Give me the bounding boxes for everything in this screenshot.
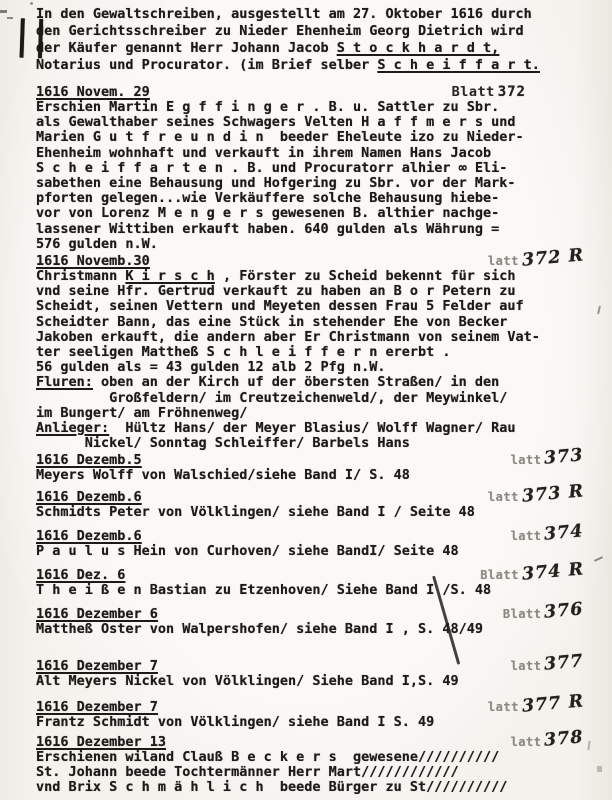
intro-paragraph: In den Gewaltschreiben, ausgestellt am 2… [36,6,612,74]
text-line: Erschienen wiland Clauß B e c k e r s ge… [36,750,612,765]
entry-date: 1616 Dezember 13 [36,734,166,750]
blatt-reference: Blatt372 [452,83,526,100]
entry-header: 1616 Dezemb.5 latt373 [36,451,612,468]
register-entry: 1616 Dezember 13 latt378 Erschienen wila… [36,733,612,796]
text-segment: vnd seine Hfr. Gertrud verkauft zu haben… [36,283,516,299]
scan-artifact [7,17,13,19]
text-line: den Gerichtsschreiber zu Nieder Ehenheim… [36,23,612,40]
text-segment: Alt Meyers Nickel von Völklingen/ Siehe … [36,673,459,689]
text-segment: 576 gulden n.W. [36,236,158,252]
text-line: Alt Meyers Nickel von Völklingen/ Siehe … [36,674,612,689]
text-line: Notarius und Procurator. (im Brief selbe… [36,57,612,74]
text-line: Anlieger: Hültz Hans/ der Meyer Blasius/… [36,421,612,436]
register-entry: 1616 Novemb.30 latt372 R Christmann K i … [36,252,612,451]
underlined-name: S t o c k h a r d t, [337,40,500,56]
blatt-label: latt [511,735,542,749]
blatt-reference: latt377 R [488,698,584,715]
entry-date: 1616 Novemb.30 [36,253,150,269]
text-line: Marien G u t f r e u n d i n beeder Ehel… [36,130,612,145]
entry-date: 1616 Dezemb.6 [36,489,142,505]
blatt-label: latt [488,254,519,268]
text-segment: T h e i ß e n Bastian zu Etzenhoven/ Sie… [36,582,491,598]
text-line: Ehenheim wohnhaft und verkauft in ihrem … [36,146,612,161]
blatt-number: 378 [544,729,585,748]
text-line: ter seeligen Mattheß S c h l e i f f e r… [36,345,612,360]
blatt-reference: latt372 R [488,252,584,269]
entry-header: 1616 Dezemb.6 latt374 [36,527,612,544]
entry-header: 1616 Dezember 6 Blatt376 [36,605,612,622]
text-line: lassener Wittiben erkauft haben. 640 gul… [36,222,612,237]
text-segment: den Gerichtsschreiber zu Nieder Ehenheim… [36,23,524,39]
blatt-number: 374 R [521,561,584,582]
blatt-number: 373 R [521,483,584,504]
underlined-name: K i r s c h [125,268,214,284]
text-segment: In den Gewaltschreiben, ausgestellt am 2… [36,6,532,22]
text-line: Frantz Schmidt von Völklingen/ siehe Ban… [36,715,612,730]
text-segment: der Käufer genannt Herr Johann Jacob [36,40,337,56]
text-segment: Jakoben erkauft, die andern aber Er Chri… [36,329,540,345]
text-line: S c h e i f f a r t e n . B. und Procura… [36,161,612,176]
text-segment: Notarius und Procurator. (im Brief selbe… [36,57,377,73]
blatt-reference: latt373 R [488,488,584,505]
entry-date: 1616 Dezemb.6 [36,528,142,544]
text-segment: lassener Wittiben erkauft haben. 640 gul… [36,221,499,237]
text-segment: Frantz Schmidt von Völklingen/ siehe Ban… [36,714,434,730]
blatt-number: 376 [544,602,585,621]
text-segment: , Förster zu Scheid bekennt für sich [215,268,516,284]
text-segment: S c h e i f f a r t e n . B. und Procura… [36,160,507,176]
text-segment: P a u l u s Hein von Curhoven/ siehe Ban… [36,543,459,559]
text-line: Großfeldern/ im Creutzeichenweld/, der M… [36,391,612,406]
scan-artifact [30,2,33,5]
text-segment: ter seeligen Mattheß S c h l e i f f e r… [36,344,451,360]
entry-header: 1616 Dezember 7 latt377 R [36,698,612,715]
text-segment: Hültz Hans/ der Meyer Blasius/ Wolff Wag… [109,420,515,436]
entry-date: 1616 Novem. 29 [36,84,150,100]
entry-header: 1616 Dezember 7 latt377 [36,657,612,674]
fluren-label: Fluren: [36,374,93,390]
entry-header: 1616 Dezember 13 latt378 [36,733,612,750]
blatt-label: latt [511,453,542,467]
blatt-label: Blatt [480,568,519,582]
blatt-reference: latt378 [511,733,584,750]
text-line: Fluren: oben an der Kirch uf der öberste… [36,375,612,390]
text-segment: Christmann [36,268,125,284]
blatt-number: 372 R [521,247,584,268]
blatt-reference: latt373 [511,451,584,468]
register-entry: 1616 Dezember 7 latt377 R Frantz Schmidt… [36,698,612,730]
text-line: P a u l u s Hein von Curhoven/ siehe Ban… [36,544,612,559]
entry-date: 1616 Dezember 6 [36,606,158,622]
blatt-label: latt [511,659,542,673]
register-entry: 1616 Dezemb.5 latt373 Meyers Wolff von W… [36,451,612,483]
blatt-number: 373 [544,448,585,467]
text-line: vnd Brix S c h m ä h l i c h beede Bürge… [36,780,612,795]
entry-date: 1616 Dezember 7 [36,699,158,715]
blatt-label: latt [511,529,542,543]
text-line: Scheidt, seinen Vettern und Meyeten dess… [36,299,612,314]
text-segment: vnd Brix S c h m ä h l i c h beede Bürge… [36,779,507,795]
entry-header: 1616 Dezemb.6 latt373 R [36,488,612,505]
register-entry: 1616 Novem. 29 Blatt372 Erschien Martin … [36,83,612,252]
text-segment: St. Johann beede Tochtermänner Herr Mart… [36,764,459,780]
text-segment: Großfeldern/ im Creutzeichenweld/, der M… [36,390,507,406]
text-line: Jakoben erkauft, die andern aber Er Chri… [36,330,612,345]
entry-date: 1616 Dez. 6 [36,567,125,583]
text-line: Scheidter Bann, das eine Stück in stehen… [36,315,612,330]
text-segment: 56 gulden als = 43 gulden 12 alb 2 Pfg n… [36,359,386,375]
text-line: sabethen eine Behausung und Hofgering zu… [36,176,612,191]
blatt-reference: Blatt376 [503,605,584,622]
text-line: Mattheß Oster von Walpershofen/ siehe Ba… [36,622,612,637]
blatt-reference: Blatt374 R [480,566,584,583]
text-segment: Mattheß Oster von Walpershofen/ siehe Ba… [36,621,483,637]
entry-header: 1616 Novem. 29 Blatt372 [36,83,612,100]
text-line: Christmann K i r s c h , Förster zu Sche… [36,269,612,284]
underlined-name: S c h e i f f a r t. [377,57,540,73]
text-segment: vor von Lorenz M e n g e r s gewesenen B… [36,205,499,221]
text-line: Schmidts Peter von Völklingen/ siehe Ban… [36,505,612,520]
text-segment: pforten gelegen...wie Verkäuffere solche… [36,190,499,206]
register-entry: 1616 Dezemb.6 latt373 R Schmidts Peter v… [36,488,612,520]
text-line: Nickel/ Sonntag Schleiffer/ Barbels Hans [36,436,612,451]
blatt-label: Blatt [452,84,495,100]
scan-artifact [597,766,602,772]
register-entry: 1616 Dez. 6 Blatt374 R T h e i ß e n Bas… [36,566,612,598]
text-segment: Meyers Wolff von Walschied/siehe Band I/… [36,467,410,483]
text-segment: Scheidt, seinen Vettern und Meyeten dess… [36,298,524,314]
scanned-document-page: || In den Gewaltschreiben, ausgestellt a… [0,0,612,800]
document-content: In den Gewaltschreiben, ausgestellt am 2… [36,6,612,796]
blatt-label: Blatt [503,607,542,621]
register-entry: 1616 Dezemb.6 latt374 P a u l u s Hein v… [36,527,612,559]
text-line: im Bungert/ am Fröhnenweg/ [36,406,612,421]
text-line: der Käufer genannt Herr Johann Jacob S t… [36,40,612,57]
text-line: Meyers Wolff von Walschied/siehe Band I/… [36,468,612,483]
entry-header: 1616 Dez. 6 Blatt374 R [36,566,612,583]
blatt-number: 374 [544,523,585,542]
text-segment: Marien G u t f r e u n d i n beeder Ehel… [36,129,524,145]
text-line: vor von Lorenz M e n g e r s gewesenen B… [36,206,612,221]
blatt-number: 377 [544,654,585,673]
blatt-reference: latt374 [511,527,584,544]
text-line: Erschien Martin E g f f i n g e r . B. u… [36,100,612,115]
text-segment: Schmidts Peter von Völklingen/ siehe Ban… [36,504,475,520]
blatt-label: latt [488,700,519,714]
blatt-label: latt [488,490,519,504]
text-segment: oben an der Kirch uf der öbersten Straße… [93,374,499,390]
blatt-reference: latt377 [511,657,584,674]
text-segment: Nickel/ Sonntag Schleiffer/ Barbels Hans [36,435,410,451]
text-segment: Scheidter Bann, das eine Stück in stehen… [36,314,507,330]
text-segment: Erschienen wiland Clauß B e c k e r s ge… [36,749,499,765]
text-segment: Erschien Martin E g f f i n g e r . B. u… [36,99,499,115]
blatt-number: 372 [498,84,526,100]
register-entry: 1616 Dezember 7 latt377 Alt Meyers Nicke… [36,657,612,689]
entry-header: 1616 Novemb.30 latt372 R [36,252,612,269]
text-segment: sabethen eine Behausung und Hofgering zu… [36,175,516,191]
text-line: In den Gewaltschreiben, ausgestellt am 2… [36,6,612,23]
text-segment: als Gewalthaber seines Schwagers Velten … [36,114,516,130]
blatt-number: 377 R [521,693,584,714]
text-segment: im Bungert/ am Fröhnenweg/ [36,405,247,421]
text-segment: Ehenheim wohnhaft und verkauft in ihrem … [36,145,491,161]
anlieger-label: Anlieger: [36,420,109,436]
scan-artifact [0,10,7,13]
text-line: T h e i ß e n Bastian zu Etzenhoven/ Sie… [36,583,612,598]
register-entry: 1616 Dezember 6 Blatt376 Mattheß Oster v… [36,605,612,637]
